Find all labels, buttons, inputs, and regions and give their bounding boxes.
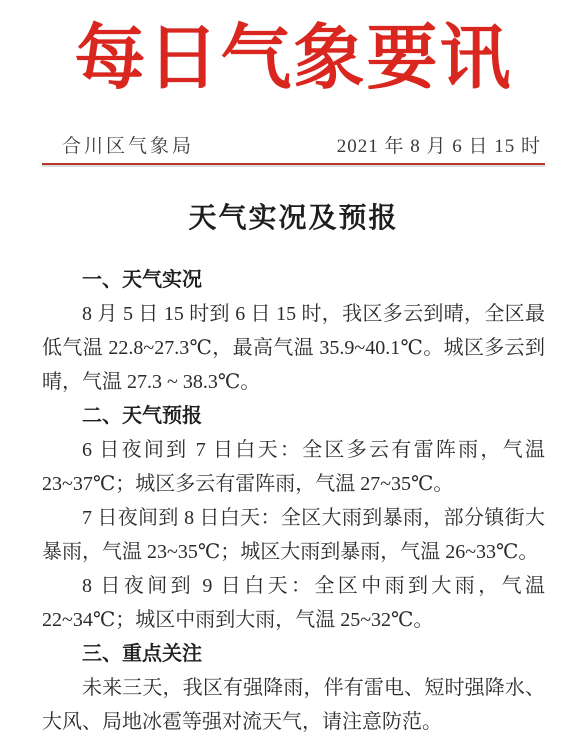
masthead-rule (42, 163, 545, 165)
section-heading-weather-conditions: 一、天气实况 (42, 263, 545, 297)
masthead-title: 每日气象要讯 (42, 12, 545, 107)
document-title: 天气实况及预报 (42, 196, 545, 236)
paragraph-forecast-day3: 8 日夜间到 9 日白天：全区中雨到大雨，气温 22~34℃；城区中雨到大雨，气… (42, 569, 545, 637)
paragraph-conditions: 8 月 5 日 15 时到 6 日 15 时，我区多云到晴，全区最低气温 22.… (42, 297, 545, 399)
issue-header: 合川区气象局 2021 年 8 月 6 日 15 时 (42, 131, 545, 158)
paragraph-key-concerns: 未来三天，我区有强降雨，伴有雷电、短时强降水、大风、局地冰雹等强对流天气，请注意… (42, 671, 545, 739)
bulletin-page: 每日气象要讯 合川区气象局 2021 年 8 月 6 日 15 时 天气实况及预… (0, 0, 583, 755)
agency-name: 合川区气象局 (62, 131, 194, 158)
issue-datetime: 2021 年 8 月 6 日 15 时 (337, 131, 541, 158)
section-heading-key-concerns: 三、重点关注 (42, 637, 545, 671)
document-body: 一、天气实况 8 月 5 日 15 时到 6 日 15 时，我区多云到晴，全区最… (42, 263, 545, 739)
paragraph-forecast-day2: 7 日夜间到 8 日白天：全区大雨到暴雨，部分镇街大暴雨，气温 23~35℃；城… (42, 501, 545, 569)
section-heading-weather-forecast: 二、天气预报 (42, 399, 545, 433)
paragraph-forecast-day1: 6 日夜间到 7 日白天：全区多云有雷阵雨，气温 23~37℃；城区多云有雷阵雨… (42, 433, 545, 501)
